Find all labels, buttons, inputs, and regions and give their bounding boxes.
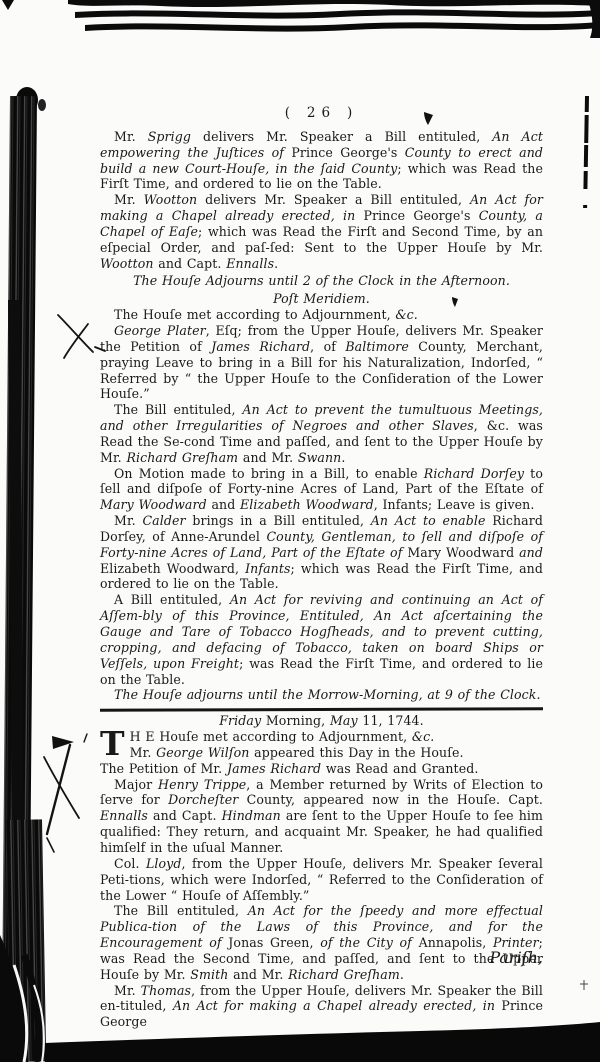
drop-cap-letter: T xyxy=(100,729,130,757)
paragraph-george-plater: George Plater, Eſq; from the Upper Houſe… xyxy=(100,323,543,402)
paragraph-wootton-bill: Mr. Wootton delivers Mr. Speaker a Bill … xyxy=(100,192,543,271)
line-house-adjourns-morrow: The Houſe adjourns until the Morrow-Morn… xyxy=(100,687,543,703)
paragraph-tobacco-bill: A Bill entituled, An Act for reviving an… xyxy=(100,592,543,687)
top-scan-band-artifact xyxy=(2,0,600,38)
paragraph-henry-trippe: Major Henry Trippe, a Member returned by… xyxy=(100,777,543,856)
text-column: ( 26 ) Mr. Sprigg delivers Mr. Speaker a… xyxy=(100,106,543,1030)
paragraph-negroes-bill: The Bill entituled, An Act to prevent th… xyxy=(100,402,543,465)
section-rule xyxy=(100,707,543,712)
line-date-heading: Friday Morning, May 11, 1744. xyxy=(100,713,543,729)
paragraph-col-lloyd: Col. Lloyd, from the Upper Houſe, delive… xyxy=(100,856,543,904)
scanned-page: ( 26 ) Mr. Sprigg delivers Mr. Speaker a… xyxy=(0,0,600,1062)
paragraph-house-met: The Houſe met according to Adjournment, … xyxy=(100,307,543,323)
page-number: ( 26 ) xyxy=(100,106,543,122)
right-edge-streak-artifact xyxy=(580,96,588,990)
line-post-meridiem: Poſt Meridiem. xyxy=(100,291,543,307)
paragraph-publication-bill: The Bill entituled, An Act for the ſpeed… xyxy=(100,903,543,982)
paragraph-thomas-chapel: Mr. Thomas, from the Upper Houſe, delive… xyxy=(100,983,543,1031)
paragraph-sprigg-bill: Mr. Sprigg delivers Mr. Speaker a Bill e… xyxy=(100,129,543,192)
margin-mark-x-upper xyxy=(58,315,105,358)
paragraph-calder-bill: Mr. Calder brings in a Bill entituled, A… xyxy=(100,513,543,592)
margin-mark-arrow-lower xyxy=(44,734,87,852)
line-house-adjourns-2-clock: The Houſe Adjourns until 2 of the Clock … xyxy=(100,273,543,289)
paragraph-the-house-met-dropcap: TH E Houſe met according to Adjournment,… xyxy=(100,729,543,761)
catchword: Pariſh, xyxy=(100,948,549,967)
gutter-shadow-artifact xyxy=(2,87,47,1062)
paragraph-petition-granted: The Petition of Mr. James Richard was Re… xyxy=(100,761,543,777)
paragraph-dorsey-motion: On Motion made to bring in a Bill, to en… xyxy=(100,466,543,514)
